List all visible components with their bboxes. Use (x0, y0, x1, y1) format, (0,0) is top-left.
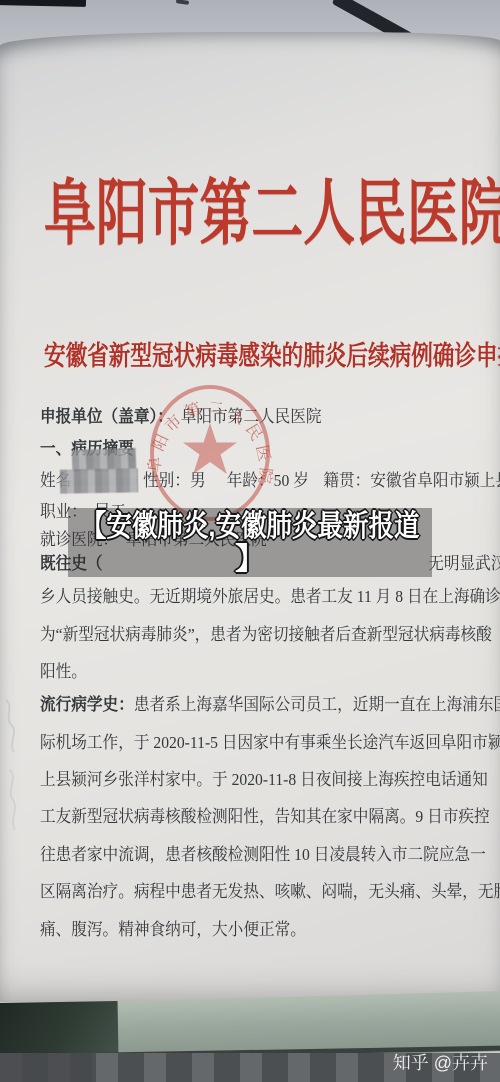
photo-of-document: 阜阳市第二人民医院 安徽省新型冠状病毒感染的肺炎后续病例确诊申报表 申报单位（盖… (0, 0, 500, 1082)
handwriting-smudge (0, 692, 34, 842)
epidemiology-text: 患者系上海嘉华国际公司员工，近期一直在上海浦东国 (134, 695, 500, 714)
desk-mark (176, 0, 189, 5)
confirm-line: 为“新型冠状病毒肺炎”，患者为密切接触者后查新型冠状病毒核酸 (40, 624, 492, 645)
desk-dark-corner (0, 1001, 118, 1057)
caption-line-1: 【安徽肺炎,安徽肺炎最新报道 (81, 510, 420, 543)
form-title: 安徽省新型冠状病毒感染的肺炎后续病例确诊申报表 (44, 342, 500, 372)
epidemiology-line-5: 往患者家中流调，患者核酸检测阳性 10 日凌晨转入市二院应急一 (40, 844, 486, 865)
contact-history-line: 乡人员接触史。无近期境外旅居史。患者工友 11 月 8 日在上海确诊 (40, 586, 500, 607)
past-history-right-fragment: 无明显武汉返 (428, 553, 500, 574)
desk-front-shadow (0, 1053, 92, 1082)
positive-line: 阳性。 (40, 661, 87, 682)
epidemiology-line-1: 流行病学史：患者系上海嘉华国际公司员工，近期一直在上海浦东国 (40, 694, 500, 715)
epidemiology-label: 流行病学史： (40, 695, 134, 714)
epidemiology-line-4: 工友新型冠状病毒核酸检测阳性，告知其在家中隔离。9 日市疾控 (40, 806, 490, 827)
desk-edge-dark-bar (0, 0, 86, 7)
name-redaction-mosaic (60, 468, 138, 493)
hospital-seal: 阜阳市第二人民医院 (146, 381, 274, 525)
epidemiology-line-7: 痛、腹泻。精神食纳可，大小便正常。 (40, 919, 306, 940)
headline-caption-overlay: 【安徽肺炎,安徽肺炎最新报道 】 (68, 508, 432, 577)
seal-star-icon (183, 423, 237, 474)
origin-field: 籍贯：安徽省阜阳市颍上县 (323, 470, 500, 491)
hospital-title: 阜阳市第二人民医院 (44, 178, 500, 250)
epidemiology-line-6: 区隔离治疗。病程中患者无发热、咳嗽、闷喘，无头痛、头晕，无胸 (40, 881, 500, 902)
caption-line-2: 】 (235, 543, 265, 576)
zhihu-watermark: 知乎 @卉卉 (393, 1049, 488, 1075)
epidemiology-line-3: 上县颍河乡张洋村家中。于 2020-11-8 日夜间接上海疾控电话通知 (40, 769, 488, 790)
epidemiology-line-2: 际机场工作，于 2020-11-5 日因家中有事乘坐长途汽车返回阜阳市颍 (40, 732, 500, 753)
